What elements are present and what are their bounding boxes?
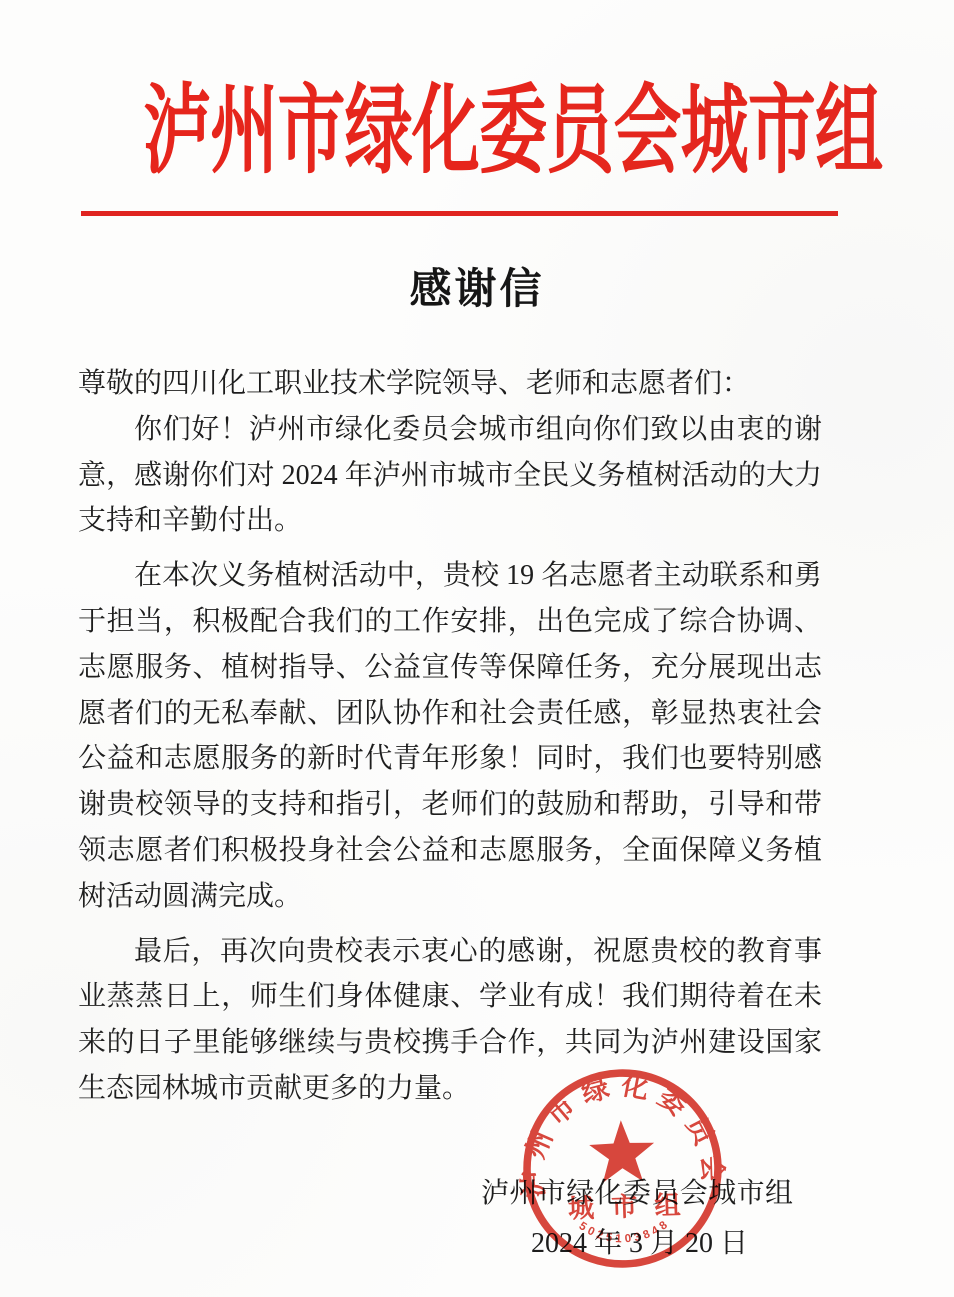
star-icon — [588, 1119, 655, 1183]
letterhead-org-name: 泸州市绿化委员会城市组 — [143, 76, 811, 189]
paragraph-2: 在本次义务植树活动中，贵校 19 名志愿者主动联系和勇于担当，积极配合我们的工作… — [78, 553, 822, 919]
official-seal: 泸州市绿化委员会 城市组 5025103848 — [513, 1059, 731, 1277]
letter-page: 泸州市绿化委员会城市组 感谢信 尊敬的四川化工职业技术学院领导、老师和志愿者们：… — [0, 0, 954, 1297]
seal-center-text: 城市组 — [568, 1190, 699, 1224]
salutation: 尊敬的四川化工职业技术学院领导、老师和志愿者们： — [78, 361, 822, 407]
letterhead-rule — [81, 211, 838, 216]
paragraph-1: 你们好！泸州市绿化委员会城市组向你们致以由衷的谢意，感谢你们对 2024 年泸州… — [78, 407, 822, 544]
letter-body: 尊敬的四川化工职业技术学院领导、老师和志愿者们： 你们好！泸州市绿化委员会城市组… — [78, 361, 822, 1112]
letter-title: 感谢信 — [0, 256, 954, 316]
